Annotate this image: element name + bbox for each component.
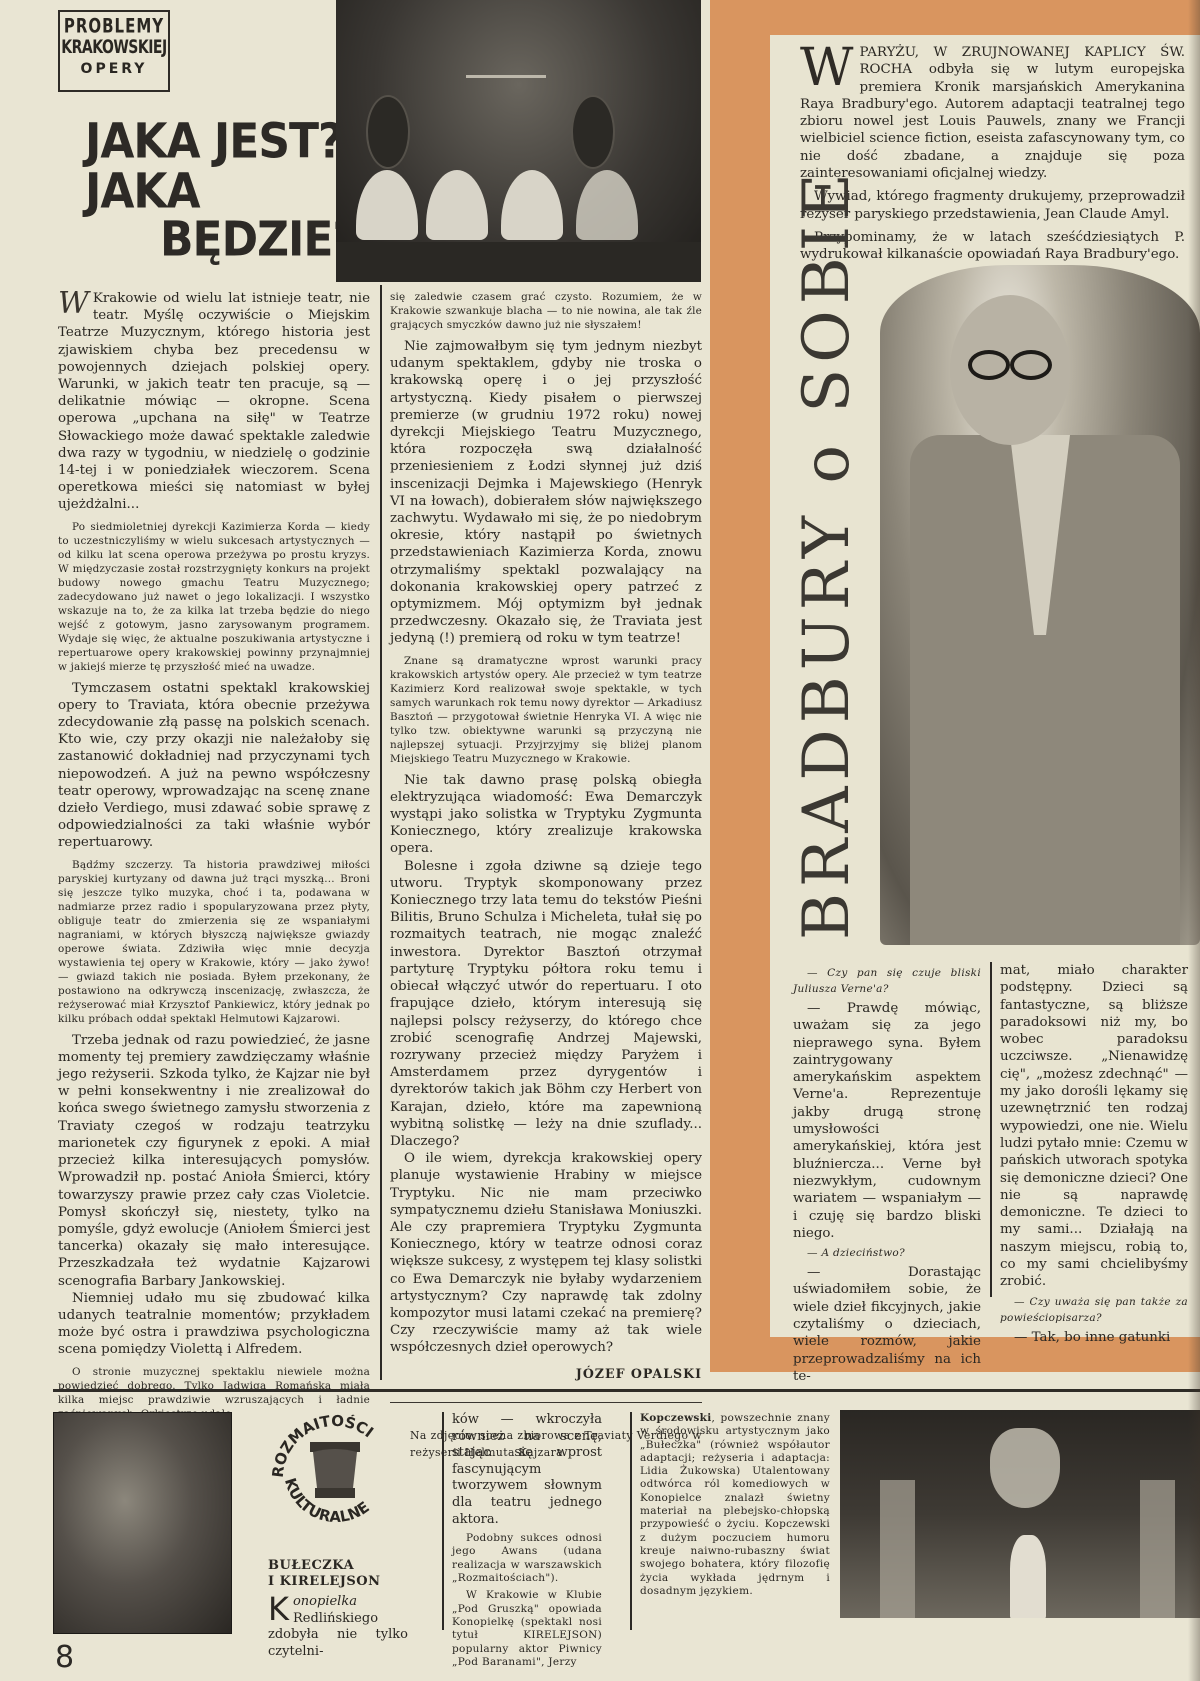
interview-answer: — Tak, bo inne gatunki — [1000, 1329, 1188, 1346]
bottom-paragraph-small: Kopczewski, powszechnie znany w środowis… — [640, 1412, 830, 1598]
traviata-scene-photo — [336, 0, 701, 282]
rubric-line-1: PROBLEMY — [60, 17, 168, 37]
interview-answer: — Dorastając uświadomiłem sobie, że wiel… — [793, 1264, 981, 1385]
bottom-heading-line-1: BUŁECZKA — [268, 1558, 408, 1574]
interview-answer: mat, miało charakter podstępny. Dzieci s… — [1000, 962, 1188, 1291]
article-column-2: się zaledwie czasem grać czysto. Rozumie… — [390, 284, 702, 1461]
vertical-title: BRADBURY o SOBIE — [790, 280, 864, 940]
intro-paragraph: WPARYŻU, W ZRUJNOWANEJ KAPLICY ŚW. ROCHA… — [800, 44, 1185, 182]
rubric-line-2: KRAKOWSKIEJ — [60, 39, 168, 57]
page-number: 8 — [55, 1640, 74, 1675]
column-divider — [630, 1412, 632, 1630]
bottom-paragraph-small: W Krakowie w Klubie „Pod Gruszką" opowia… — [452, 1589, 602, 1669]
column-divider — [380, 285, 382, 1380]
dancer-photo — [53, 1412, 232, 1634]
pillar-shape — [1140, 1480, 1175, 1618]
bottom-paragraph: Konopielka Redlińskiego zdobyła nie tylk… — [268, 1594, 408, 1660]
page-edge-shadow — [1188, 0, 1200, 1681]
article-paragraph: Niemniej udało mu się zbudować kilka uda… — [58, 1290, 370, 1359]
bottom-paragraph: ków — wkroczyła również na scenę, stając… — [452, 1412, 602, 1528]
headline-line-2: JAKA — [85, 168, 200, 216]
bottom-column-3: Kopczewski, powszechnie znany w środowis… — [640, 1412, 830, 1602]
interview-answer: — Prawdę mówiąc, uważam się za jego niep… — [793, 1000, 981, 1242]
headline-line-1: JAKA JEST? — [85, 118, 343, 166]
article-paragraph: Nie tak dawno prasę polską obiegła elekt… — [390, 772, 702, 858]
interview-column-2: mat, miało charakter podstępny. Dzieci s… — [1000, 962, 1188, 1346]
author-signature: JÓZEF OPALSKI — [390, 1365, 702, 1382]
bottom-column-1: BUŁECZKA I KIRELEJSON Konopielka Redlińs… — [268, 1558, 408, 1660]
dancer-dress-shape — [576, 170, 638, 240]
drop-cap: W — [58, 290, 89, 318]
dancer-dress-shape — [501, 170, 563, 240]
bottom-heading-line-2: I KIRELEJSON — [268, 1574, 408, 1590]
stage-floor — [336, 242, 701, 282]
bradbury-portrait-photo — [880, 265, 1200, 945]
section-divider — [53, 1389, 1200, 1392]
drop-cap: W — [800, 46, 853, 90]
article-paragraph: Bolesne i zgoła dziwne są dzieje tego ut… — [390, 858, 702, 1150]
interview-column-1: — Czy pan się czuje bliski Juliusza Vern… — [793, 962, 981, 1385]
mirror-shape — [571, 95, 615, 169]
article-paragraph-small: się zaledwie czasem grać czysto. Rozumie… — [390, 290, 702, 332]
eagle-emblem-shape — [990, 1428, 1060, 1508]
article-column-1: WKrakowie od wielu lat istnieje teatr, n… — [58, 290, 370, 1427]
bottom-column-2: ków — wkroczyła również na scenę, stając… — [452, 1412, 602, 1673]
rubric-line-3: OPERY — [60, 62, 168, 76]
article-paragraph-small: Po siedmioletniej dyrekcji Kazimierza Ko… — [58, 520, 370, 674]
chandelier-shape — [466, 50, 546, 78]
rozmaitosci-kulturalne-logo: ROZMAITOŚCI KULTURALNE — [265, 1400, 405, 1540]
article-paragraph: WKrakowie od wielu lat istnieje teatr, n… — [58, 290, 370, 514]
column-divider — [990, 962, 992, 1297]
actor-figure-shape — [1010, 1535, 1046, 1618]
caption-divider — [390, 1402, 702, 1403]
article-paragraph: O ile wiem, dyrekcja krakowskiej opery p… — [390, 1150, 702, 1356]
article-paragraph-small: Znane są dramatyczne wprost warunki prac… — [390, 654, 702, 766]
article-paragraph: Tymczasem ostatni spektakl krakowskiej o… — [58, 680, 370, 852]
glasses-shape — [968, 350, 1048, 372]
interview-question: — Czy uważa się pan także za powieściopi… — [1000, 1294, 1188, 1326]
article-paragraph-small: Bądźmy szczerzy. Ta historia prawdziwej … — [58, 858, 370, 1026]
headline-line-3: BĘDZIE? — [160, 216, 357, 264]
section-rubric: PROBLEMY KRAKOWSKIEJ OPERY — [58, 10, 170, 92]
interview-question: — A dzieciństwo? — [793, 1245, 981, 1261]
dancer-dress-shape — [426, 170, 488, 240]
dancer-dress-shape — [356, 170, 418, 240]
article-paragraph: Nie zajmowałbym się tym jednym niezbyt u… — [390, 338, 702, 648]
mirror-shape — [366, 95, 410, 169]
konopielka-stage-photo — [840, 1410, 1200, 1618]
pillar-shape — [880, 1480, 915, 1618]
interview-question: — Czy pan się czuje bliski Juliusza Vern… — [793, 965, 981, 997]
article-paragraph: Trzeba jednak od razu powiedzieć, że jas… — [58, 1032, 370, 1290]
drop-cap: K — [268, 1594, 289, 1624]
bottom-paragraph-small: Podobny sukces odnosi jego Awans (udana … — [452, 1532, 602, 1585]
column-divider — [442, 1412, 444, 1630]
